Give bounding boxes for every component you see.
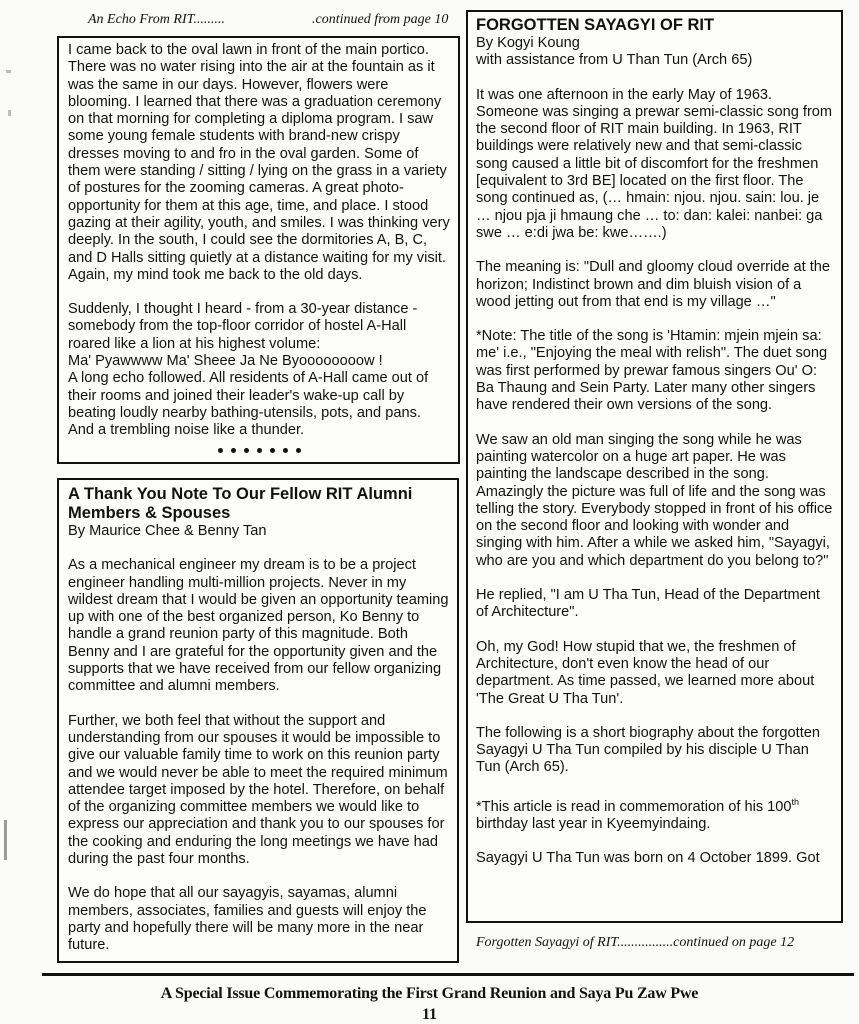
sayagyi-paragraph: Oh, my God! How stupid that we, the fres…: [476, 639, 833, 708]
article-byline-assist: with assistance from U Than Tun (Arch 65…: [476, 52, 833, 69]
thank-you-article-box: A Thank You Note To Our Fellow RIT Alumn…: [57, 478, 459, 963]
sayagyi-paragraph: The meaning is: "Dull and gloomy cloud o…: [476, 259, 833, 311]
echo-article-box: I came back to the oval lawn in front of…: [57, 36, 460, 464]
scan-artifact: [4, 820, 7, 860]
thanks-paragraph: Further, we both feel that without the s…: [68, 713, 449, 869]
sayagyi-paragraph: It was one afternoon in the early May of…: [476, 87, 833, 243]
article-byline: By Kogyi Koung: [476, 35, 833, 52]
sayagyi-commemoration: *This article is read in commemoration o…: [476, 794, 833, 833]
separator-dots-icon: [68, 443, 450, 457]
sayagyi-note: *Note: The title of the song is 'Htamin:…: [476, 328, 833, 414]
sayagyi-paragraph: Sayagyi U Tha Tun was born on 4 October …: [476, 850, 833, 867]
sayagyi-paragraph: The following is a short biography about…: [476, 725, 833, 777]
sayagyi-paragraph: We saw an old man singing the song while…: [476, 432, 833, 570]
footer-divider: [42, 973, 854, 976]
echo-shout: Ma' Pyawwww Ma' Sheee Ja Ne Byoooooooow …: [68, 353, 450, 370]
sayagyi-paragraph: He replied, "I am U Tha Tun, Head of the…: [476, 587, 833, 622]
ordinal-suffix: th: [792, 797, 800, 807]
scan-artifact: [8, 110, 11, 116]
echo-paragraph: Suddenly, I thought I heard - from a 30-…: [68, 301, 450, 353]
continued-on-note: Forgotten Sayagyi of RIT................…: [476, 935, 794, 951]
article-byline: By Maurice Chee & Benny Tan: [68, 523, 449, 540]
article-title: FORGOTTEN SAYAGYI OF RIT: [476, 16, 833, 35]
scan-artifact: [6, 70, 11, 73]
thanks-paragraph: We do hope that all our sayagyis, sayama…: [68, 885, 449, 954]
echo-paragraph: A long echo followed. All residents of A…: [68, 370, 450, 439]
page-number: 11: [0, 1006, 859, 1024]
commemoration-text: *This article is read in commemoration o…: [476, 799, 792, 815]
article-title: A Thank You Note To Our Fellow RIT Alumn…: [68, 485, 449, 523]
thanks-paragraph: As a mechanical engineer my dream is to …: [68, 557, 449, 695]
continuation-header-from: .continued from page 10: [312, 12, 448, 28]
commemoration-text-end: birthday last year in Kyeemyindaing.: [476, 816, 710, 832]
footer-title: A Special Issue Commemorating the First …: [0, 985, 859, 1003]
continuation-header-title: An Echo From RIT.........: [88, 12, 225, 28]
sayagyi-article-box: FORGOTTEN SAYAGYI OF RIT By Kogyi Koung …: [466, 10, 843, 923]
echo-paragraph: I came back to the oval lawn in front of…: [68, 42, 450, 284]
